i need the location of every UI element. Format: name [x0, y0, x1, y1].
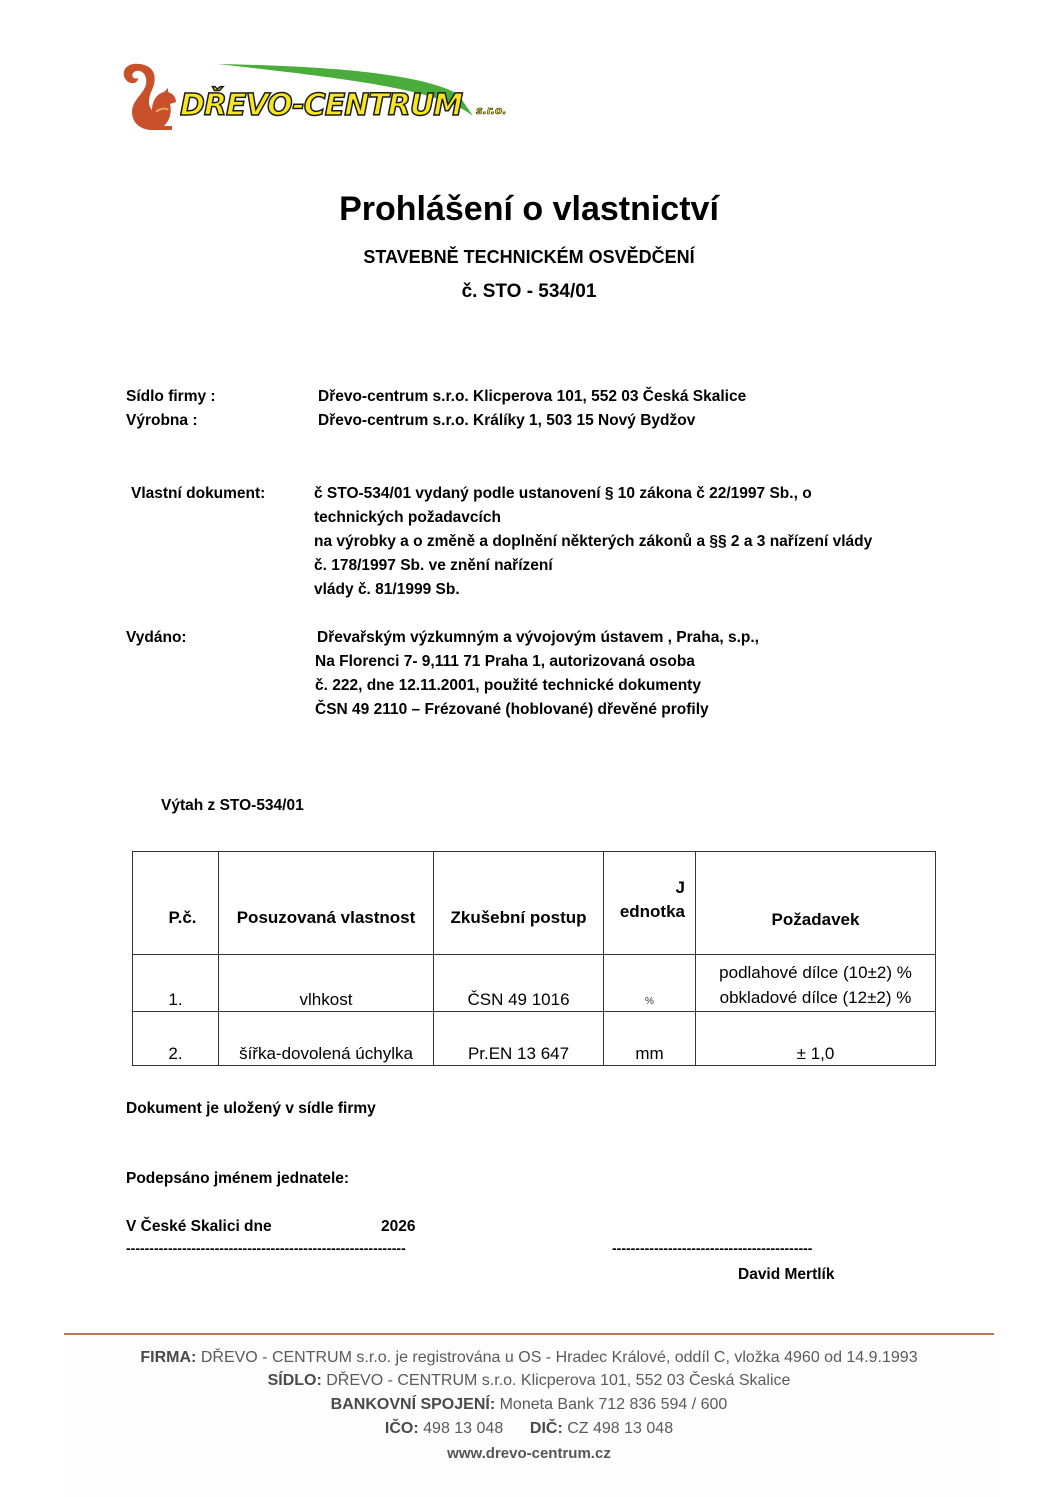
- own-document-label: Vlastní dokument:: [131, 485, 265, 503]
- own-document-line: č STO-534/01 vydaný podle ustanovení § 1…: [314, 482, 872, 506]
- col-header-number: P.č.: [133, 852, 219, 955]
- properties-table: P.č. Posuzovaná vlastnost Zkušební postu…: [132, 851, 936, 1066]
- issued-line: č. 222, dne 12.11.2001, použité technick…: [315, 674, 759, 698]
- excerpt-heading: Výtah z STO-534/01: [161, 797, 304, 815]
- issued-line: ČSN 49 2110 – Frézované (hoblované) dřev…: [315, 698, 759, 722]
- footer-bank: BANKOVNÍ SPOJENÍ: Moneta Bank 712 836 59…: [0, 1396, 1058, 1414]
- cell-property: šířka-dovolená úchylka: [219, 1012, 434, 1066]
- cell-unit: mm: [604, 1012, 696, 1066]
- cell-unit: %: [604, 955, 696, 1012]
- table-header-row: P.č. Posuzovaná vlastnost Zkušební postu…: [133, 852, 936, 955]
- table-row: 1. vlhkost ČSN 49 1016 % podlahové dílce…: [133, 955, 936, 1012]
- own-document-line: na výrobky a o změně a doplnění některýc…: [314, 530, 872, 554]
- issued-label: Vydáno:: [126, 629, 187, 647]
- issued-line: Dřevařským výzkumným a vývojovým ústavem…: [315, 626, 759, 650]
- stored-note: Dokument je uložený v sídle firmy: [126, 1100, 376, 1118]
- cell-requirement: podlahové dílce (10±2) % obkladové dílce…: [696, 955, 936, 1012]
- cell-method: Pr.EN 13 647: [434, 1012, 604, 1066]
- own-document-line: vlády č. 81/1999 Sb.: [314, 578, 872, 602]
- cell-method: ČSN 49 1016: [434, 955, 604, 1012]
- plant-label: Výrobna :: [126, 412, 197, 430]
- cell-number: 1.: [133, 955, 219, 1012]
- signature-year: 2026: [381, 1218, 415, 1236]
- own-document-text: č STO-534/01 vydaný podle ustanovení § 1…: [314, 482, 872, 602]
- squirrel-icon: [124, 64, 176, 130]
- signatory-name: David Mertlík: [738, 1266, 834, 1284]
- table-row: 2. šířka-dovolená úchylka Pr.EN 13 647 m…: [133, 1012, 936, 1066]
- signature-line-left: ----------------------------------------…: [126, 1240, 406, 1256]
- seat-value: Dřevo-centrum s.r.o. Klicperova 101, 552…: [318, 385, 746, 409]
- logo-suffix: s.r.o.: [476, 104, 507, 117]
- col-header-requirement: Požadavek: [696, 852, 936, 955]
- page-title: Prohlášení o vlastnictví: [0, 190, 1058, 229]
- logo-brand-text: DŘEVO-CENTRUM: [180, 88, 462, 123]
- footer-divider: [64, 1333, 994, 1335]
- own-document-line: č. 178/1997 Sb. ve znění nařízení: [314, 554, 872, 578]
- issued-text: Dřevařským výzkumným a vývojovým ústavem…: [315, 626, 759, 722]
- seat-label: Sídlo firmy :: [126, 388, 216, 406]
- cell-requirement: ± 1,0: [696, 1012, 936, 1066]
- footer-registration: FIRMA: DŘEVO - CENTRUM s.r.o. je registr…: [0, 1349, 1058, 1367]
- plant-value: Dřevo-centrum s.r.o. Králíky 1, 503 15 N…: [318, 409, 695, 433]
- company-logo: DŘEVO-CENTRUM s.r.o.: [118, 58, 528, 133]
- issued-line: Na Florenci 7- 9,111 71 Praha 1, autoriz…: [315, 650, 759, 674]
- document-number: č. STO - 534/01: [0, 281, 1058, 303]
- signature-line-right: ----------------------------------------…: [612, 1240, 812, 1256]
- place-date-label: V České Skalici dne: [126, 1218, 272, 1236]
- footer-website-link[interactable]: www.drevo-centrum.cz: [0, 1445, 1058, 1462]
- own-document-line: technických požadavcích: [314, 506, 872, 530]
- signed-by-label: Podepsáno jménem jednatele:: [126, 1170, 349, 1188]
- col-header-unit: J ednotka: [604, 852, 696, 955]
- col-header-property: Posuzovaná vlastnost: [219, 852, 434, 955]
- footer-ids: IČO: 498 13 048 DIČ: CZ 498 13 048: [0, 1420, 1058, 1438]
- page-subtitle: STAVEBNĚ TECHNICKÉM OSVĚDČENÍ: [0, 247, 1058, 268]
- cell-property: vlhkost: [219, 955, 434, 1012]
- footer-seat: SÍDLO: DŘEVO - CENTRUM s.r.o. Klicperova…: [0, 1372, 1058, 1390]
- col-header-method: Zkušební postup: [434, 852, 604, 955]
- cell-number: 2.: [133, 1012, 219, 1066]
